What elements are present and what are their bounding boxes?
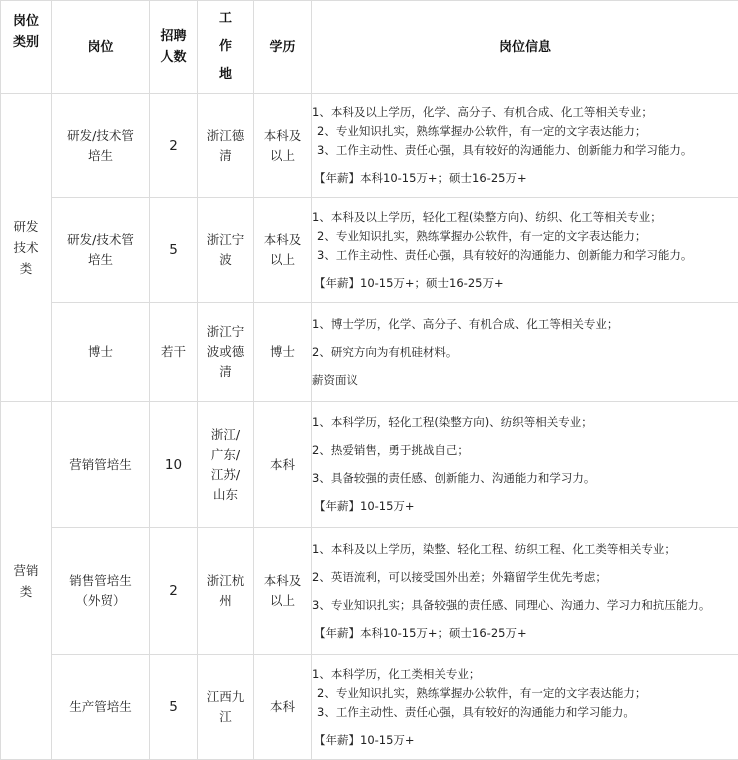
education-line: 以上 <box>254 591 311 611</box>
position-line: 研发/技术管 <box>52 230 149 250</box>
info-line: 1、博士学历，化学、高分子、有机合成、化工等相关专业； <box>312 315 738 334</box>
salary-text: 【年薪】10-15万+；硕士16-25万+ <box>312 274 738 293</box>
position-cell: 营销管培生 <box>52 402 150 528</box>
education-cell: 本科 <box>254 655 312 760</box>
info-line: 2、热爱销售，勇于挑战自己； <box>312 441 738 460</box>
header-category-line: 岗位 <box>1 11 51 32</box>
info-line: 3、具备较强的责任感、创新能力、沟通能力和学习力。 <box>312 469 738 488</box>
category-label-line: 营销 <box>1 560 51 581</box>
education-line: 以上 <box>254 250 311 270</box>
position-line: 研发/技术管 <box>52 126 149 146</box>
position-line: 培生 <box>52 146 149 166</box>
location-line: 浙江德 <box>198 126 253 146</box>
table-row: 研发 技术 类 研发/技术管 培生 2 浙江德 清 本科及 以上 1、本科及以上… <box>1 94 738 198</box>
location-line: 波 <box>198 250 253 270</box>
education-line: 本科及 <box>254 230 311 250</box>
info-cell: 1、本科学历，化工类相关专业； 2、专业知识扎实，熟练掌握办公软件，有一定的文字… <box>312 655 738 760</box>
position-cell: 研发/技术管 培生 <box>52 94 150 198</box>
education-line: 以上 <box>254 146 311 166</box>
info-cell: 1、本科学历，轻化工程(染整方向)、纺织等相关专业； 2、热爱销售，勇于挑战自己… <box>312 402 738 528</box>
education-line: 本科及 <box>254 571 311 591</box>
education-line: 本科及 <box>254 126 311 146</box>
info-line: 2、专业知识扎实，熟练掌握办公软件，有一定的文字表达能力； <box>312 122 738 141</box>
location-line: 浙江杭 <box>198 571 253 591</box>
table-row: 博士 若干 浙江宁 波或德 清 博士 1、博士学历，化学、高分子、有机合成、化工… <box>1 303 738 402</box>
header-location-line: 作 <box>198 33 253 61</box>
info-line: 1、本科学历，轻化工程(染整方向)、纺织等相关专业； <box>312 413 738 432</box>
location-line: 波或德 <box>198 342 253 362</box>
position-line: 销售管培生 <box>52 571 149 591</box>
headcount-cell: 10 <box>150 402 198 528</box>
location-cell: 浙江宁 波 <box>198 198 254 303</box>
header-headcount-line: 招聘 <box>150 26 197 47</box>
headcount-cell: 2 <box>150 94 198 198</box>
location-line: 浙江宁 <box>198 322 253 342</box>
info-cell: 1、博士学历，化学、高分子、有机合成、化工等相关专业； 2、研究方向为有机硅材料… <box>312 303 738 402</box>
table-row: 研发/技术管 培生 5 浙江宁 波 本科及 以上 1、本科及以上学历，轻化工程(… <box>1 198 738 303</box>
headcount-cell: 5 <box>150 655 198 760</box>
salary-text: 【年薪】本科10-15万+；硕士16-25万+ <box>312 624 738 643</box>
info-line: 1、本科及以上学历，染整、轻化工程、纺织工程、化工类等相关专业； <box>312 540 738 559</box>
headcount-cell: 若干 <box>150 303 198 402</box>
location-line: 清 <box>198 362 253 382</box>
header-category: 岗位 类别 <box>1 1 52 94</box>
header-education: 学历 <box>254 1 312 94</box>
info-cell: 1、本科及以上学历，轻化工程(染整方向)、纺织、化工等相关专业； 2、专业知识扎… <box>312 198 738 303</box>
table-row: 营销 类 营销管培生 10 浙江/ 广东/ 江苏/ 山东 本科 1、本科学历，轻… <box>1 402 738 528</box>
info-line: 3、工作主动性、责任心强，具有较好的沟通能力和学习能力。 <box>312 703 738 722</box>
info-line: 2、英语流利，可以接受国外出差；外籍留学生优先考虑； <box>312 568 738 587</box>
category-cell-rd: 研发 技术 类 <box>1 94 52 402</box>
position-cell: 销售管培生 （外贸） <box>52 528 150 655</box>
position-line: 培生 <box>52 250 149 270</box>
position-cell: 研发/技术管 培生 <box>52 198 150 303</box>
location-line: 浙江/ <box>198 425 253 445</box>
salary-text: 【年薪】10-15万+ <box>312 497 738 516</box>
header-location-line: 工 <box>198 5 253 33</box>
education-cell: 本科 <box>254 402 312 528</box>
education-cell: 本科及 以上 <box>254 198 312 303</box>
location-line: 广东/ <box>198 445 253 465</box>
header-position: 岗位 <box>52 1 150 94</box>
header-location-line: 地 <box>198 61 253 89</box>
info-line: 2、研究方向为有机硅材料。 <box>312 343 738 362</box>
category-cell-sales: 营销 类 <box>1 402 52 760</box>
table-row: 生产管培生 5 江西九 江 本科 1、本科学历，化工类相关专业； 2、专业知识扎… <box>1 655 738 760</box>
category-label-line: 研发 <box>1 216 51 237</box>
info-cell: 1、本科及以上学历，染整、轻化工程、纺织工程、化工类等相关专业； 2、英语流利，… <box>312 528 738 655</box>
info-line: 2、专业知识扎实，熟练掌握办公软件，有一定的文字表达能力； <box>312 227 738 246</box>
info-line: 1、本科及以上学历，轻化工程(染整方向)、纺织、化工等相关专业； <box>312 208 738 227</box>
info-line: 2、专业知识扎实，熟练掌握办公软件，有一定的文字表达能力； <box>312 684 738 703</box>
location-line: 州 <box>198 591 253 611</box>
location-line: 清 <box>198 146 253 166</box>
location-cell: 浙江宁 波或德 清 <box>198 303 254 402</box>
category-label-line: 类 <box>1 581 51 602</box>
location-line: 山东 <box>198 485 253 505</box>
headcount-cell: 2 <box>150 528 198 655</box>
info-line: 3、工作主动性、责任心强，具有较好的沟通能力、创新能力和学习能力。 <box>312 141 738 160</box>
table-row: 销售管培生 （外贸） 2 浙江杭 州 本科及 以上 1、本科及以上学历，染整、轻… <box>1 528 738 655</box>
category-label-line: 类 <box>1 258 51 279</box>
location-cell: 浙江/ 广东/ 江苏/ 山东 <box>198 402 254 528</box>
info-line: 3、专业知识扎实；具备较强的责任感、同理心、沟通力、学习力和抗压能力。 <box>312 596 738 615</box>
header-row: 岗位 类别 岗位 招聘 人数 工 作 地 学历 岗位信息 <box>1 1 738 94</box>
header-headcount-line: 人数 <box>150 47 197 68</box>
info-cell: 1、本科及以上学历，化学、高分子、有机合成、化工等相关专业； 2、专业知识扎实，… <box>312 94 738 198</box>
header-info: 岗位信息 <box>312 1 738 94</box>
education-cell: 本科及 以上 <box>254 94 312 198</box>
position-cell: 生产管培生 <box>52 655 150 760</box>
location-cell: 江西九 江 <box>198 655 254 760</box>
info-line: 1、本科学历，化工类相关专业； <box>312 665 738 684</box>
position-line: （外贸） <box>52 591 149 611</box>
header-category-line: 类别 <box>1 32 51 53</box>
category-label-line: 技术 <box>1 237 51 258</box>
salary-text: 【年薪】本科10-15万+；硕士16-25万+ <box>312 169 738 188</box>
location-line: 江 <box>198 707 253 727</box>
location-line: 江苏/ <box>198 465 253 485</box>
education-cell: 本科及 以上 <box>254 528 312 655</box>
education-cell: 博士 <box>254 303 312 402</box>
salary-text: 薪资面议 <box>312 371 738 390</box>
info-line: 3、工作主动性、责任心强，具有较好的沟通能力、创新能力和学习能力。 <box>312 246 738 265</box>
job-openings-table: 岗位 类别 岗位 招聘 人数 工 作 地 学历 岗位信息 研发 技术 类 <box>0 0 738 760</box>
location-cell: 浙江杭 州 <box>198 528 254 655</box>
headcount-cell: 5 <box>150 198 198 303</box>
header-location: 工 作 地 <box>198 1 254 94</box>
location-cell: 浙江德 清 <box>198 94 254 198</box>
location-line: 浙江宁 <box>198 230 253 250</box>
position-cell: 博士 <box>52 303 150 402</box>
header-headcount: 招聘 人数 <box>150 1 198 94</box>
location-line: 江西九 <box>198 687 253 707</box>
salary-text: 【年薪】10-15万+ <box>312 731 738 750</box>
info-line: 1、本科及以上学历，化学、高分子、有机合成、化工等相关专业； <box>312 103 738 122</box>
